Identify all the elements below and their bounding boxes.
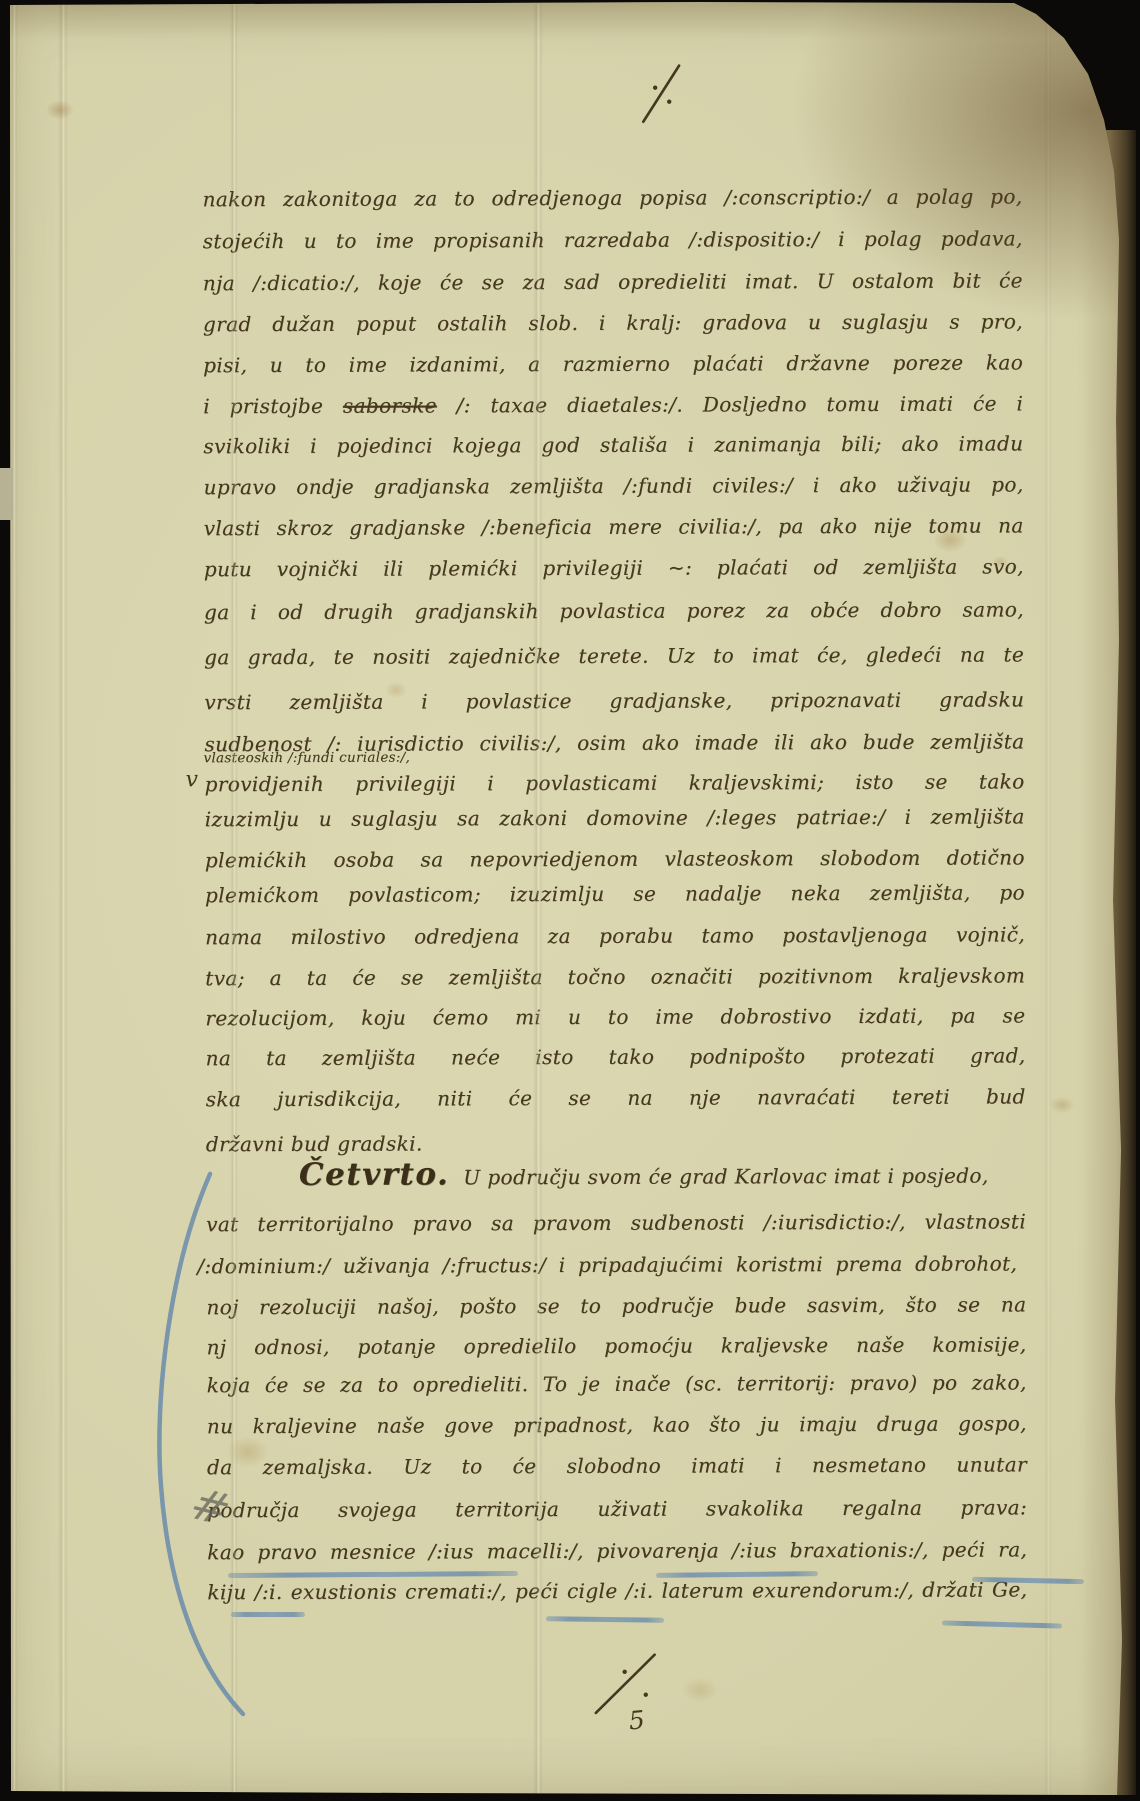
scanned-manuscript-photo: nakon zakonitoga za to odredjenoga popis… bbox=[0, 0, 1140, 1801]
manuscript-line: nu kraljevine naše gove pripadnost, kao … bbox=[207, 1408, 1027, 1441]
insertion-caret-mark: v bbox=[186, 767, 199, 792]
manuscript-line: kao pravo mesnice /:ius macelli:/, pivov… bbox=[207, 1534, 1027, 1567]
heading-line-rest: U području svom će grad Karlovac imat i … bbox=[463, 1164, 988, 1190]
manuscript-line: nja /:dicatio:/, koje će se za sad opred… bbox=[203, 265, 1023, 298]
blue-underline bbox=[231, 1612, 305, 1617]
manuscript-line: vlasti skroz gradjanske /:beneficia mere… bbox=[204, 510, 1024, 543]
manuscript-line: nama milostivo odredjena za porabu tamo … bbox=[205, 919, 1025, 952]
manuscript-line: plemićkih osoba sa nepovriedjenom vlaste… bbox=[205, 842, 1025, 875]
manuscript-line: kiju /:i. exustionis cremati:/, peći cig… bbox=[207, 1574, 1027, 1607]
page-separator-mark-icon bbox=[633, 58, 693, 130]
paper-edge-notch bbox=[0, 468, 13, 520]
manuscript-line: vrsti zemljišta i povlastice gradjanske,… bbox=[204, 684, 1024, 717]
manuscript-line: izuzimlju u suglasju sa zakoni domovine … bbox=[205, 801, 1025, 834]
manuscript-line: /:dominium:/ uživanja /:fructus:/ i prip… bbox=[197, 1248, 1017, 1281]
manuscript-line: stojećih u to ime propisanih razredaba /… bbox=[203, 223, 1023, 256]
manuscript-line: da zemaljska. Uz to će slobodno imati i … bbox=[207, 1449, 1027, 1482]
page-separator-mark-icon bbox=[587, 1648, 667, 1720]
manuscript-line: plemićkom povlasticom; izuzimlju se nada… bbox=[205, 877, 1025, 910]
manuscript-line: grad dužan poput ostalih slob. i kralj: … bbox=[203, 306, 1023, 339]
manuscript-line: vat territorijalno pravo sa pravom sudbe… bbox=[206, 1206, 1026, 1239]
manuscript-line: koja će se za to opredieliti. To je inač… bbox=[207, 1367, 1027, 1400]
interlinear-insertion: vlasteoskih /:fundi curiales:/, bbox=[203, 750, 410, 767]
margin-blue-bracket-icon bbox=[146, 1166, 256, 1726]
line-prefix: i pristojbe bbox=[203, 394, 343, 418]
manuscript-line: nakon zakonitoga za to odredjenoga popis… bbox=[202, 181, 1022, 214]
manuscript-line: ga i od drugih gradjanskih povlastica po… bbox=[204, 594, 1024, 627]
document-page: nakon zakonitoga za to odredjenoga popis… bbox=[0, 0, 1140, 1801]
manuscript-line: područja svojega territorija uživati sva… bbox=[207, 1492, 1027, 1525]
manuscript-line: svikoliki i pojedinci kojega god stališa… bbox=[203, 428, 1023, 461]
manuscript-line: noj rezoluciji našoj, pošto se to područ… bbox=[206, 1289, 1026, 1322]
section-heading: Četvrto. bbox=[299, 1156, 449, 1193]
line-suffix: /: taxae diaetales:/. Dosljedno tomu ima… bbox=[437, 391, 1023, 417]
manuscript-line: providjenih privilegiji i povlasticami k… bbox=[205, 766, 1025, 799]
manuscript-line: putu vojnički ili plemićki privilegiji ~… bbox=[204, 551, 1024, 584]
struck-word: saborske bbox=[343, 393, 437, 417]
manuscript-line: nj odnosi, potanje opredielilo pomoćju k… bbox=[207, 1329, 1027, 1362]
manuscript-line-with-strikethrough: i pristojbe saborske /: taxae diaetales:… bbox=[203, 388, 1023, 421]
manuscript-line: ga grada, te nositi zajedničke terete. U… bbox=[204, 639, 1024, 672]
manuscript-line: upravo ondje gradjanska zemljišta /:fund… bbox=[204, 469, 1024, 502]
paragraph-heading-line: Četvrto. U području svom će grad Karlova… bbox=[299, 1155, 989, 1193]
manuscript-line: državni bud gradski. bbox=[206, 1129, 423, 1160]
manuscript-line: tva; a ta će se zemljišta točno označiti… bbox=[205, 960, 1025, 993]
manuscript-line: ska jurisdikcija, niti će se na nje navr… bbox=[206, 1081, 1026, 1114]
page-number: 5 bbox=[628, 1705, 646, 1735]
manuscript-line: pisi, u to ime izdanimi, a razmierno pla… bbox=[203, 347, 1023, 380]
manuscript-line: na ta zemljišta neće isto tako podnipošt… bbox=[205, 1040, 1025, 1073]
manuscript-line: rezolucijom, koju ćemo mi u to ime dobro… bbox=[205, 1000, 1025, 1033]
